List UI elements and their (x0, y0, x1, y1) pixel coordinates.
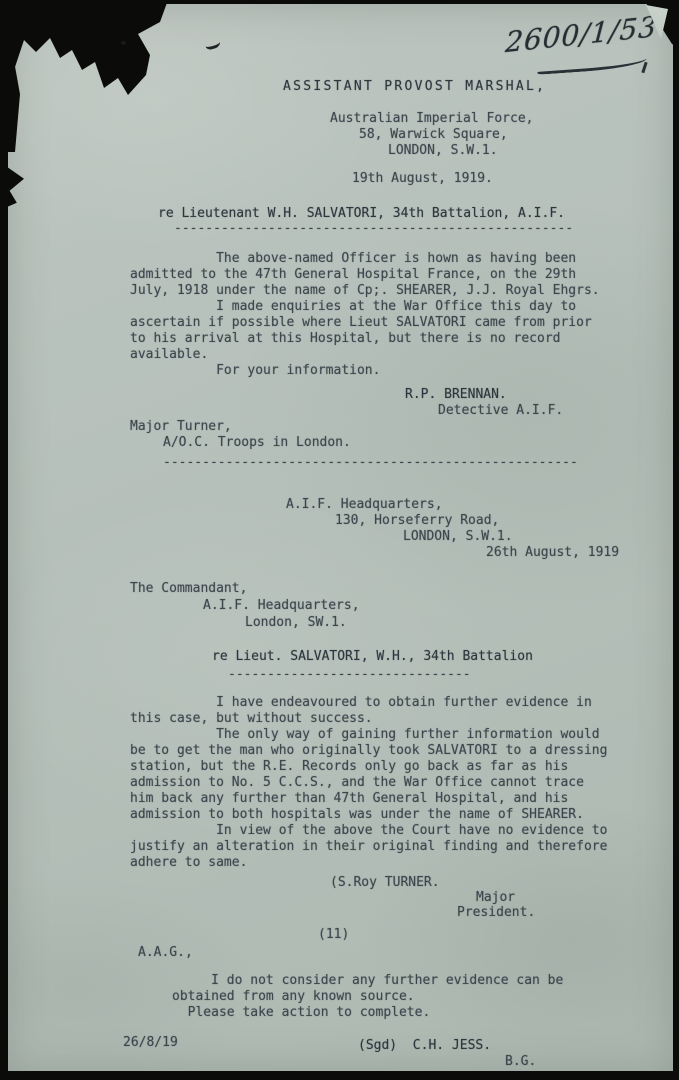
minute-addressee: A.A.G., (138, 945, 193, 961)
scan-background: 2600/1/53 ASSISTANT PROVOST MARSHAL, Aus… (0, 0, 679, 1080)
letter2-body-line: station, but the R.E. Records only go ba… (130, 759, 607, 775)
letter2-subject: re Lieut. SALVATORI, W.H., 34th Battalio… (212, 649, 533, 665)
letter2-body-line: In view of the above the Court have no e… (130, 823, 607, 839)
letter1-subject: re Lieutenant W.H. SALVATORI, 34th Batta… (158, 206, 565, 222)
letter2-body-line: adhere to same. (130, 855, 607, 871)
letter1-body-line: The above-named Officer is hown as havin… (130, 251, 600, 267)
letter2-date: 26th August, 1919 (486, 545, 619, 561)
minute-initials: B.G. (505, 1054, 536, 1070)
minute-body-line: I do not consider any further evidence c… (172, 973, 563, 989)
minute-signed: (Sgd) C.H. JESS. (358, 1038, 491, 1054)
letter1-address-line: Australian Imperial Force, (330, 111, 534, 127)
letter2-body-line: justify an alteration in their original … (130, 839, 607, 855)
letter1-address-line: 58, Warwick Square, (359, 127, 508, 143)
letter1-signature-name: R.P. BRENNAN. (405, 387, 507, 403)
letter1-body-line: I made enquiries at the War Office this … (130, 299, 600, 315)
letter1-subject-underline: ----------------------------------------… (174, 221, 573, 237)
letter1-addressee-title: A/O.C. Troops in London. (163, 435, 351, 451)
letter1-date: 19th August, 1919. (352, 171, 493, 187)
letter1-addressee-name: Major Turner, (130, 419, 232, 435)
letter1-body-line: available. (130, 347, 600, 363)
section-divider: ----------------------------------------… (163, 455, 578, 471)
letter1-body: The above-named Officer is hown as havin… (130, 251, 600, 379)
letter2-body: I have endeavoured to obtain further evi… (130, 695, 607, 871)
letter2-body-line: I have endeavoured to obtain further evi… (130, 695, 607, 711)
letter1-address-line: LONDON, S.W.1. (388, 143, 498, 159)
letter1-heading: ASSISTANT PROVOST MARSHAL, (283, 79, 546, 95)
minute-number: (11) (318, 927, 349, 943)
minute-date: 26/8/19 (123, 1035, 178, 1051)
letter2-addressee-line: The Commandant, (130, 581, 247, 597)
minute-body-line: obtained from any known source. (172, 989, 563, 1005)
letter2-address-line: A.I.F. Headquarters, (286, 497, 443, 513)
minute-body: I do not consider any further evidence c… (172, 973, 563, 1021)
letter1-body-line: ascertain if possible where Lieut SALVAT… (130, 315, 600, 331)
letter2-address-line: LONDON, S.W.1. (403, 529, 513, 545)
letter1-signature-title: Detective A.I.F. (438, 403, 563, 419)
letter2-signature-role: President. (457, 905, 535, 921)
pin-hole (121, 41, 126, 45)
letter1-body-line: admitted to the 47th General Hospital Fr… (130, 267, 600, 283)
minute-body-line: Please take action to complete. (172, 1005, 563, 1021)
letter2-body-line: him back any further than 47th General H… (130, 791, 607, 807)
letter2-subject-underline: ------------------------------- (228, 667, 471, 683)
letter2-signature-rank: Major (476, 890, 515, 906)
letter1-body-line: to his arrival at this Hospital, but the… (130, 331, 600, 347)
letter2-body-line: The only way of gaining further informat… (130, 727, 607, 743)
letter2-body-line: admission to both hospitals was under th… (130, 807, 607, 823)
letter1-body-line: July, 1918 under the name of Cp;. SHEARE… (130, 283, 600, 299)
letter2-signature-name: (S.Roy TURNER. (330, 875, 440, 891)
letter1-body-line: For your information. (130, 363, 600, 379)
letter2-body-line: this case, but without success. (130, 711, 607, 727)
document-page (8, 4, 673, 1071)
letter2-body-line: admission to No. 5 C.C.S., and the War O… (130, 775, 607, 791)
letter2-addressee-line: A.I.F. Headquarters, (203, 598, 360, 614)
letter2-addressee-line: London, SW.1. (245, 615, 347, 631)
letter2-body-line: be to get the man who originally took SA… (130, 743, 607, 759)
letter2-address-line: 130, Horseferry Road, (335, 513, 499, 529)
